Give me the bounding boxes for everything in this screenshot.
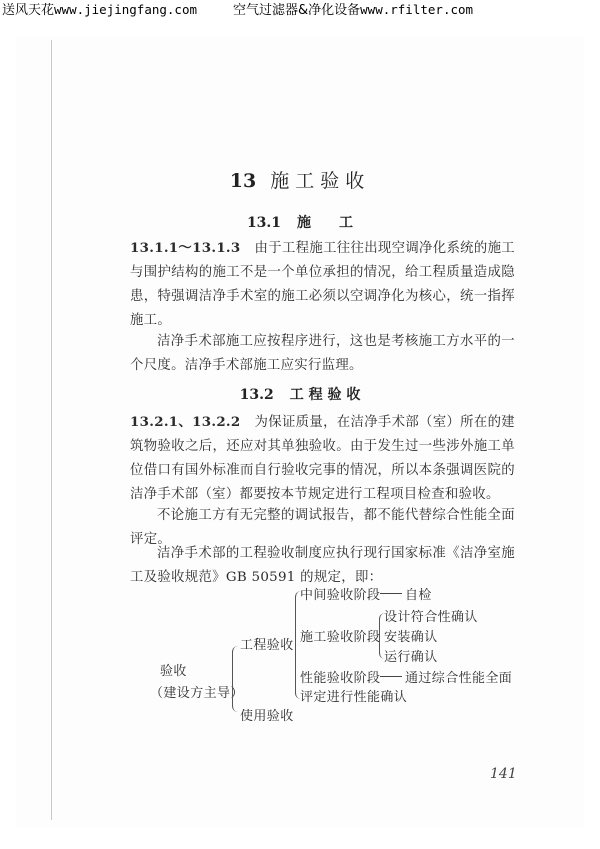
installation-confirmation: 安装确认: [384, 626, 438, 645]
engineering-acceptance: 工程验收: [240, 634, 294, 653]
root-sublabel: （建设方主导）: [150, 682, 244, 701]
root-brace: [232, 646, 239, 712]
usage-acceptance: 使用验收: [240, 705, 294, 724]
page-number: 141: [490, 766, 517, 782]
performance-detail-2: 评定进行性能确认: [300, 686, 407, 705]
interim-stage: 中间验收阶段: [300, 584, 380, 603]
root-label: 验收: [160, 660, 187, 679]
design-conformity: 设计符合性确认: [384, 606, 478, 625]
construction-stage: 施工验收阶段: [300, 626, 380, 645]
performance-detail-1: 通过综合性能全面: [405, 667, 512, 686]
performance-stage: 性能验收阶段: [300, 667, 380, 686]
dash-connector: [380, 676, 402, 677]
operation-confirmation: 运行确认: [384, 646, 438, 665]
dash-connector: [380, 593, 402, 594]
interim-detail: 自检: [405, 584, 432, 603]
acceptance-hierarchy-diagram: 验收 （建设方主导） 工程验收 使用验收 中间验收阶段 自检 施工验收阶段 设计…: [0, 0, 600, 849]
